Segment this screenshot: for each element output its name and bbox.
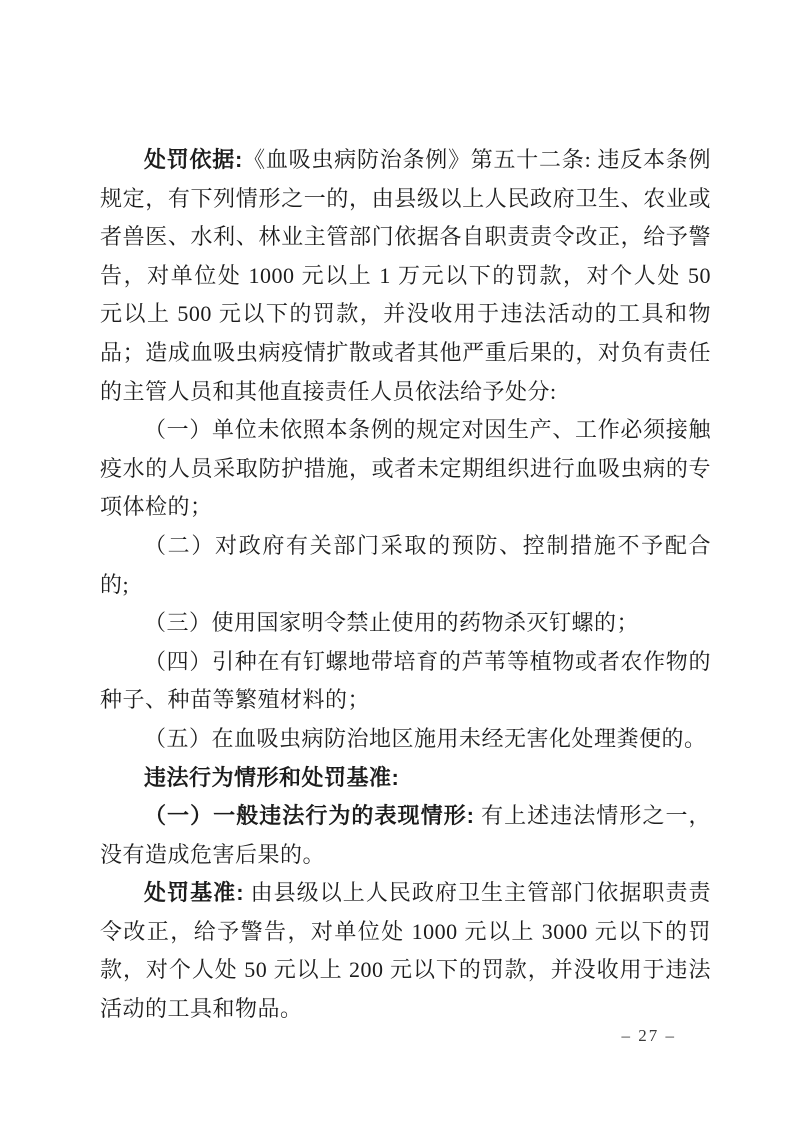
list-item-1-text: （一）单位未依照本条例的规定对因生产、工作必须接触疫水的人员采取防护措施，或者未…: [100, 417, 711, 519]
penalty-basis-text: 《血吸虫病防治条例》第五十二条: 违反本条例规定，有下列情形之一的，由县级以上人…: [100, 147, 711, 404]
document-page: 处罚依据:《血吸虫病防治条例》第五十二条: 违反本条例规定，有下列情形之一的，由…: [0, 0, 794, 1122]
penalty-basis-label: 处罚依据:: [144, 147, 243, 172]
page-number-text: – 27 –: [622, 1026, 677, 1045]
heading-violation-categories: 违法行为情形和处罚基准:: [100, 759, 711, 798]
list-item-3-text: （三）使用国家明令禁止使用的药物杀灭钉螺的；: [144, 610, 639, 635]
document-body: 处罚依据:《血吸虫病防治条例》第五十二条: 违反本条例规定，有下列情形之一的，由…: [100, 141, 711, 1029]
paragraph-general-violation: （一）一般违法行为的表现情形: 有上述违法情形之一，没有造成危害后果的。: [100, 797, 711, 874]
general-violation-label: （一）一般违法行为的表现情形:: [144, 803, 475, 828]
list-item-3: （三）使用国家明令禁止使用的药物杀灭钉螺的；: [100, 604, 711, 643]
list-item-1: （一）单位未依照本条例的规定对因生产、工作必须接触疫水的人员采取防护措施，或者未…: [100, 411, 711, 527]
list-item-4: （四）引种在有钉螺地带培育的芦苇等植物或者农作物的种子、种苗等繁殖材料的；: [100, 643, 711, 720]
list-item-5-text: （五）在血吸虫病防治地区施用未经无害化处理粪便的。: [144, 726, 707, 751]
list-item-2: （二）对政府有关部门采取的预防、控制措施不予配合的;: [100, 527, 711, 604]
heading-violation-categories-text: 违法行为情形和处罚基准:: [144, 765, 399, 790]
paragraph-penalty-basis: 处罚依据:《血吸虫病防治条例》第五十二条: 违反本条例规定，有下列情形之一的，由…: [100, 141, 711, 411]
list-item-4-text: （四）引种在有钉螺地带培育的芦苇等植物或者农作物的种子、种苗等繁殖材料的；: [100, 649, 711, 713]
paragraph-penalty-standard: 处罚基准: 由县级以上人民政府卫生主管部门依据职责责令改正，给予警告，对单位处 …: [100, 874, 711, 1028]
list-item-2-text: （二）对政府有关部门采取的预防、控制措施不予配合的;: [100, 533, 711, 597]
list-item-5: （五）在血吸虫病防治地区施用未经无害化处理粪便的。: [100, 720, 711, 759]
page-number: – 27 –: [622, 1026, 677, 1046]
penalty-standard-label: 处罚基准:: [144, 880, 244, 905]
